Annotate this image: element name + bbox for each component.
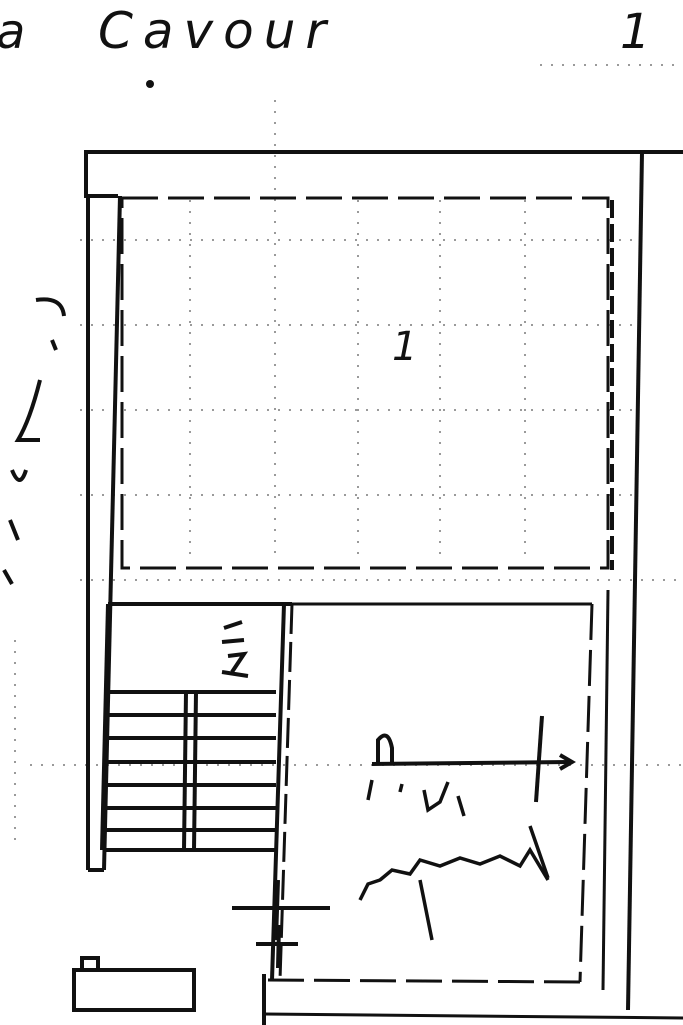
room-1-label: 1 <box>392 324 417 370</box>
fixture-box <box>74 958 194 1010</box>
outer-walls <box>86 152 683 1010</box>
sheet-number: 1 <box>620 4 651 60</box>
staircase <box>102 604 292 980</box>
stair-note <box>222 622 248 676</box>
bottom-wall-2 <box>264 1014 683 1018</box>
room-2-outline <box>268 590 608 990</box>
room-1-outline <box>122 198 608 568</box>
handwritten-annotation <box>360 780 548 940</box>
left-margin-note <box>4 299 64 584</box>
street-prefix: a <box>0 4 25 60</box>
street-name: Cavour <box>98 2 336 60</box>
floor-plan: a Cavour 1 1 <box>0 0 683 1025</box>
ink-dot <box>146 80 154 88</box>
